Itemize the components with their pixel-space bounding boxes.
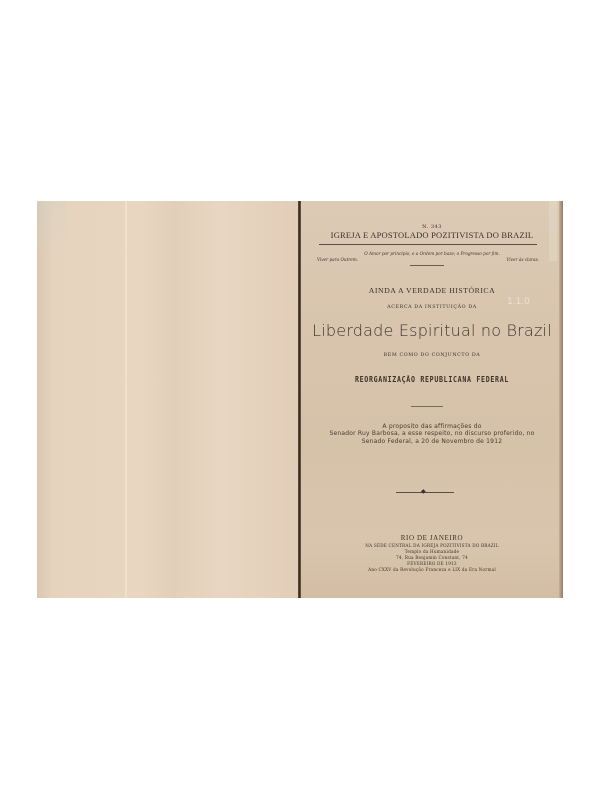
divider-rule-2 xyxy=(411,406,443,407)
subtitle-line: A proposito das affirmações do xyxy=(301,423,563,430)
divider-rule xyxy=(410,265,444,266)
main-title: Liberdade Espiritual no Brazil xyxy=(301,321,563,340)
imprint-city: RIO DE JANEIRO xyxy=(301,534,563,542)
title-line-1: AINDA A VERDADE HISTÓRICA xyxy=(301,286,563,295)
imprint-line: Ano CXXV da Revolução Franceza e LIX da … xyxy=(301,567,563,573)
header-rule xyxy=(319,244,537,245)
handwritten-mark: 1.1.0 xyxy=(507,297,530,307)
subtitle-line: Senador Ruy Barbosa, a esse respeito, no… xyxy=(301,430,563,437)
title-line-5: REORGANIZAÇÃO REPUBLICANA FEDERAL xyxy=(321,375,544,384)
subtitle-line: Senado Federal, a 20 de Novembro de 1912 xyxy=(301,438,563,445)
motto-center: O Amor por principio, e a Ordem por baze… xyxy=(301,251,563,256)
title-page: N. 343 IGREJA E APOSTOLADO POZITIVISTA D… xyxy=(301,201,563,598)
left-blank-page xyxy=(37,201,300,598)
organization-name: IGREJA E APOSTOLADO POZITIVISTA DO BRAZI… xyxy=(301,230,563,240)
motto-left: Viver para Outrem. xyxy=(317,257,358,262)
open-book-spread: N. 343 IGREJA E APOSTOLADO POZITIVISTA D… xyxy=(37,201,563,598)
ornament-diamond-icon: ◆ xyxy=(421,489,426,495)
title-line-4: BEM COMO DO CONJUNCTO DA xyxy=(301,353,563,358)
motto-right: Viver às claras. xyxy=(506,257,539,262)
subtitle-paragraph: A proposito das affirmações do Senador R… xyxy=(301,423,563,445)
